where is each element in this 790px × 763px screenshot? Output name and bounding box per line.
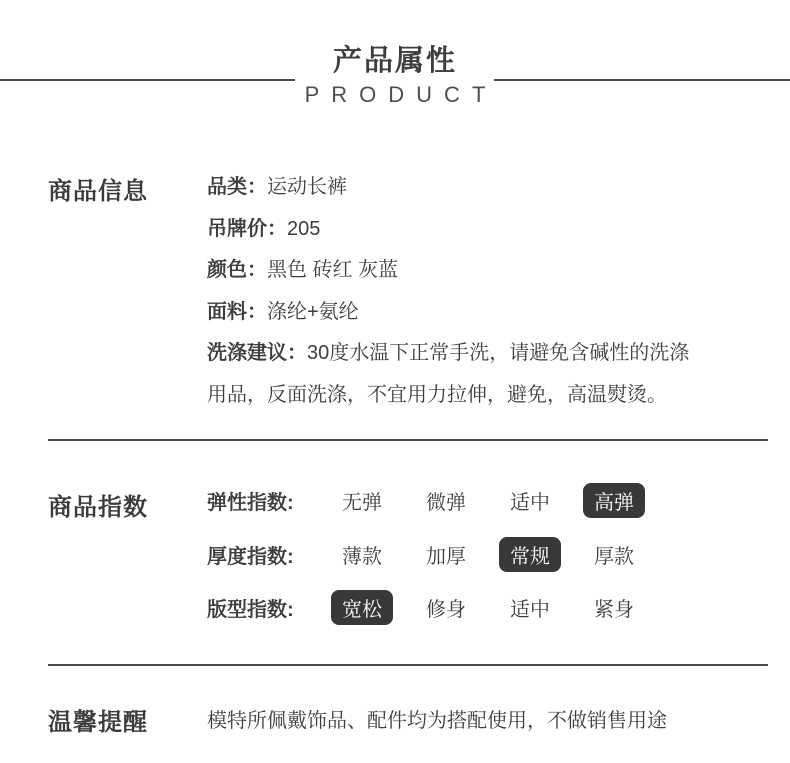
- info-value: 黑色 砖红 灰蓝: [267, 259, 398, 281]
- option-cell: 微弹: [404, 486, 488, 515]
- section-title-product-info: 商品信息: [48, 171, 148, 206]
- option-cell: 适中: [488, 593, 572, 622]
- info-value: 用品，反面洗涤，不宜用力拉伸，避免，高温熨烫。: [207, 384, 667, 406]
- option-cell: 无弹: [320, 486, 404, 515]
- index-option: 适中: [510, 486, 550, 515]
- section-title-reminder: 温馨提醒: [48, 702, 148, 737]
- reminder-text: 模特所佩戴饰品、配件均为搭配使用，不做销售用途: [207, 704, 667, 733]
- info-line-category: 品类：运动长裤: [207, 167, 752, 209]
- index-option: 薄款: [342, 540, 382, 569]
- info-value: 205: [287, 218, 320, 240]
- page-subtitle: PRODUCT: [0, 82, 790, 108]
- info-line-wash-1: 洗涤建议：30度水温下正常手洗，请避免含碱性的洗涤: [207, 333, 752, 375]
- option-cell: 宽松: [320, 590, 404, 625]
- info-label: 洗涤建议：: [207, 342, 307, 364]
- header-divider-right: [494, 79, 790, 81]
- index-option: 无弹: [342, 486, 382, 515]
- index-row-fit: 版型指数: 宽松 修身 适中 紧身: [207, 581, 767, 635]
- index-option: 修身: [426, 593, 466, 622]
- index-option-selected: 常规: [499, 537, 561, 572]
- info-label: 吊牌价：: [207, 218, 287, 240]
- index-row-label: 厚度指数:: [207, 540, 320, 569]
- info-line-fabric: 面料：涤纶+氨纶: [207, 292, 752, 334]
- index-option: 紧身: [594, 593, 634, 622]
- info-line-wash-2: 用品，反面洗涤，不宜用力拉伸，避免，高温熨烫。: [207, 375, 752, 417]
- info-value: 运动长裤: [267, 176, 347, 198]
- info-label: 颜色：: [207, 259, 267, 281]
- option-cell: 修身: [404, 593, 488, 622]
- product-index-block: 弹性指数: 无弹 微弹 适中 高弹 厚度指数: 薄款 加厚 常规 厚款 版型指数…: [207, 474, 767, 635]
- section-divider: [48, 664, 768, 666]
- section-title-product-index: 商品指数: [48, 487, 148, 522]
- header-divider-left: [0, 79, 295, 81]
- index-option-selected: 宽松: [331, 590, 393, 625]
- product-info-block: 品类：运动长裤 吊牌价：205 颜色：黑色 砖红 灰蓝 面料：涤纶+氨纶 洗涤建…: [207, 167, 752, 416]
- index-row-thickness: 厚度指数: 薄款 加厚 常规 厚款: [207, 528, 767, 582]
- info-value: 30度水温下正常手洗，请避免含碱性的洗涤: [307, 342, 689, 364]
- page-title: 产品属性: [0, 38, 790, 79]
- index-option: 加厚: [426, 540, 466, 569]
- option-cell: 高弹: [572, 483, 656, 518]
- index-option-selected: 高弹: [583, 483, 645, 518]
- option-cell: 厚款: [572, 540, 656, 569]
- index-option: 适中: [510, 593, 550, 622]
- option-cell: 紧身: [572, 593, 656, 622]
- info-value: 涤纶+氨纶: [267, 301, 359, 323]
- option-cell: 薄款: [320, 540, 404, 569]
- info-line-color: 颜色：黑色 砖红 灰蓝: [207, 250, 752, 292]
- section-divider: [48, 439, 768, 441]
- option-cell: 适中: [488, 486, 572, 515]
- index-row-label: 版型指数:: [207, 593, 320, 622]
- index-row-label: 弹性指数:: [207, 486, 320, 515]
- info-label: 品类：: [207, 176, 267, 198]
- index-option: 厚款: [594, 540, 634, 569]
- index-option: 微弹: [426, 486, 466, 515]
- index-row-elasticity: 弹性指数: 无弹 微弹 适中 高弹: [207, 474, 767, 528]
- option-cell: 加厚: [404, 540, 488, 569]
- option-cell: 常规: [488, 537, 572, 572]
- info-line-price: 吊牌价：205: [207, 209, 752, 251]
- info-label: 面料：: [207, 301, 267, 323]
